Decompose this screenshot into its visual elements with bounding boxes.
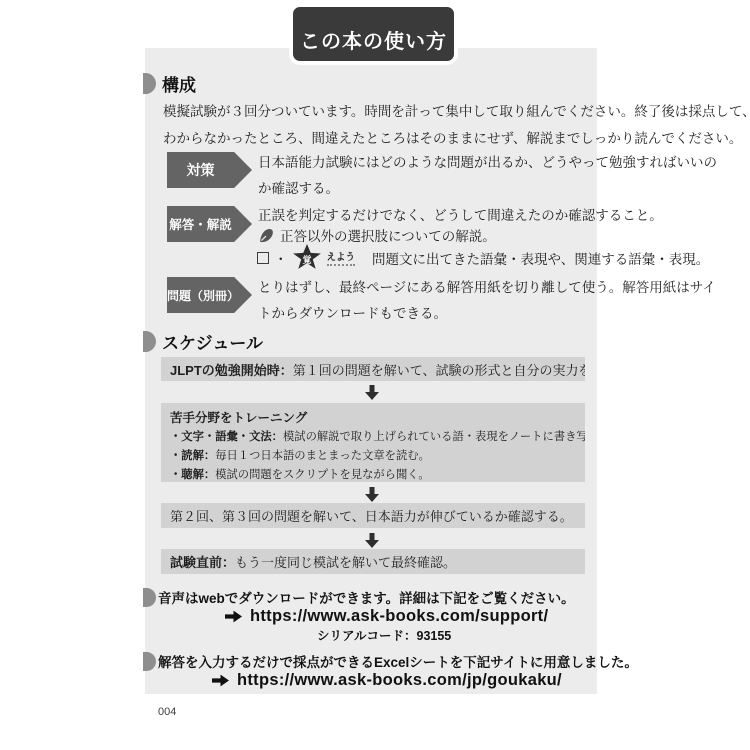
step4-text: 試験直前：もう一度同じ模試を解いて最終確認。 <box>170 552 456 571</box>
label-mondai-bessatsu: 問題（別冊） <box>167 277 252 313</box>
excel-sheet-text: 解答を入力するだけで採点ができるExcelシートを下記サイトに用意しました。 <box>158 651 638 671</box>
step2-item-text: 模試の解説で取り上げられている語・表現をノートに書き写しておぼえる。 <box>283 431 585 443</box>
section-heading-schedule: スケジュール <box>162 329 263 354</box>
mondai-description: とりはずし、最終ページにある解答用紙を切り離して使う。解答用紙はサイ トからダウ… <box>258 275 716 327</box>
step1-text: 第１回の問題を解いて、試験の形式と自分の実力を知る。 <box>293 363 585 378</box>
audio-download-text: 音声はwebでダウンロードができます。詳細は下記をご覧ください。 <box>158 587 575 607</box>
page-title: この本の使い方 <box>300 25 447 54</box>
kousei-paragraph-line: わからなかったところ、間違えたところはそのままにせず、解説までしっかり読んでくだ… <box>163 127 742 147</box>
star-suffix-text: えよう <box>327 249 356 266</box>
down-arrow-icon <box>365 487 379 502</box>
book-page: この本の使い方 構成 模擬試験が３回分ついています。時間を計って集中して取り組ん… <box>0 0 750 750</box>
schedule-step-2: 苦手分野をトレーニング ・文字・語彙・文法：模試の解説で取り上げられている語・表… <box>161 403 585 482</box>
step2-title: 苦手分野をトレーニング <box>170 408 576 426</box>
label-mondai-text: 問題（別冊） <box>167 287 234 304</box>
step2-item-bold: ・文字・語彙・文法： <box>170 431 283 443</box>
schedule-step-3: 第２回、第３回の問題を解いて、日本語力が伸びているか確認する。 <box>161 503 585 528</box>
separator-dot: ・ <box>274 248 288 268</box>
right-arrow-icon <box>225 610 242 623</box>
taisaku-desc-line: 日本語能力試験にはどのような問題が出るか、どうやって勉強すればいいの <box>258 150 717 176</box>
label-kaitou-kaisetsu: 解答・解説 <box>167 206 252 242</box>
down-arrow-icon <box>365 533 379 548</box>
taisaku-description: 日本語能力試験にはどのような問題が出るか、どうやって勉強すればいいの か確認する… <box>258 150 717 202</box>
pen-icon <box>258 227 275 244</box>
step4-bold: 試験直前： <box>170 555 235 570</box>
kaitou-line2-text: 正答以外の選択肢についての解説。 <box>280 225 496 245</box>
kaitou-line2: 正答以外の選択肢についての解説。 <box>258 225 496 245</box>
page-number: 004 <box>158 706 176 718</box>
step2-item: ・文字・語彙・文法：模試の解説で取り上げられている語・表現をノートに書き写してお… <box>170 428 576 447</box>
excel-url-row: https://www.ask-books.com/jp/goukaku/ <box>212 671 562 690</box>
step2-item-bold: ・聴解： <box>170 469 215 481</box>
star-oboeyou-icon: 覚 <box>293 244 322 271</box>
schedule-step1-text: JLPTの勉強開始時：第１回の問題を解いて、試験の形式と自分の実力を知る。 <box>170 360 585 379</box>
label-kaitou-text: 解答・解説 <box>169 215 232 233</box>
schedule-step-1: JLPTの勉強開始時：第１回の問題を解いて、試験の形式と自分の実力を知る。 <box>161 357 585 381</box>
label-taisaku: 対策 <box>167 152 252 188</box>
step3-text: 第２回、第３回の問題を解いて、日本語力が伸びているか確認する。 <box>170 506 573 525</box>
down-arrow-icon <box>365 385 379 400</box>
kaitou-line3: ・ 覚 えよう 問題文に出てきた語彙・表現や、関連する語彙・表現。 <box>257 244 709 271</box>
step1-bold: JLPTの勉強開始時： <box>170 363 293 378</box>
mondai-desc-line: とりはずし、最終ページにある解答用紙を切り離して使う。解答用紙はサイ <box>258 275 716 301</box>
label-taisaku-text: 対策 <box>187 160 215 180</box>
kousei-paragraph-line: 模擬試験が３回分ついています。時間を計って集中して取り組んでください。終了後は採… <box>163 100 750 120</box>
page-title-box: この本の使い方 <box>290 4 457 64</box>
right-arrow-icon <box>212 674 229 687</box>
step2-item: ・聴解：模試の問題をスクリプトを見ながら聞く。 <box>170 466 576 482</box>
step4-plain: もう一度同じ模試を解いて最終確認。 <box>235 555 456 570</box>
excel-url: https://www.ask-books.com/jp/goukaku/ <box>237 671 562 690</box>
step2-item-text: 模試の問題をスクリプトを見ながら聞く。 <box>215 469 429 481</box>
kaitou-line1: 正誤を判定するだけでなく、どうして間違えたのか確認すること。 <box>258 204 663 224</box>
taisaku-desc-line: か確認する。 <box>258 176 717 202</box>
star-char: 覚 <box>302 253 311 266</box>
section-heading-kousei: 構成 <box>162 71 196 96</box>
schedule-step-4: 試験直前：もう一度同じ模試を解いて最終確認。 <box>161 549 585 574</box>
kaitou-line3-text: 問題文に出てきた語彙・表現や、関連する語彙・表現。 <box>372 248 709 268</box>
step2-item: ・読解：毎日１つ日本語のまとまった文章を読む。 <box>170 447 576 466</box>
audio-url-row: https://www.ask-books.com/support/ <box>225 607 548 626</box>
step2-item-text: 毎日１つ日本語のまとまった文章を読む。 <box>215 450 430 462</box>
checkbox-icon <box>257 252 269 264</box>
mondai-desc-line: トからダウンロードもできる。 <box>258 301 716 327</box>
audio-url: https://www.ask-books.com/support/ <box>250 607 548 626</box>
serial-code: シリアルコード：93155 <box>317 626 451 644</box>
step2-item-bold: ・読解： <box>170 450 215 462</box>
